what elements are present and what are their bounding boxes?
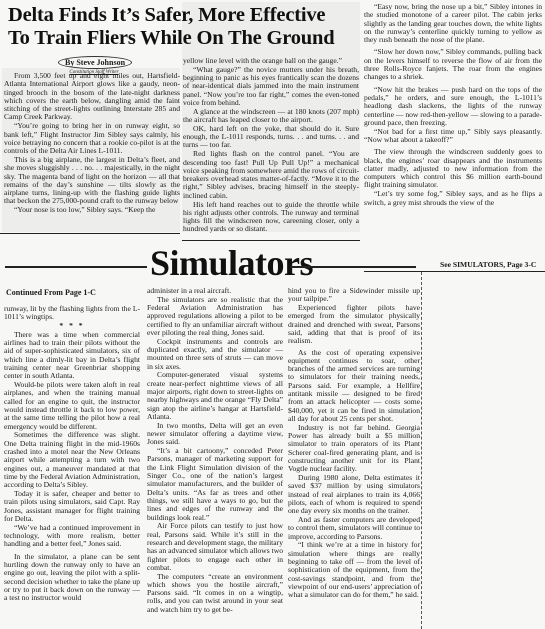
paragraph: “Easy now, bring the nose up a bit,” Sib… (364, 3, 542, 44)
paragraph: Sometimes the difference was slight. One… (4, 431, 140, 489)
paragraph: This is a big airplane, the largest in D… (4, 156, 180, 206)
top-story-column-2: yellow line level with the orange ball o… (183, 57, 359, 234)
divider-top-left (0, 233, 180, 234)
paragraph: Air Force pilots can testify to just how… (147, 522, 283, 572)
paragraph: The simulators are so realistic that the… (147, 296, 283, 337)
paragraph: “It’s a bit cartoony,” conceded Peter Pa… (147, 447, 283, 522)
paragraph: In two months, Delta will get an even ne… (147, 422, 283, 447)
continuation-column-3: hind you to fire a Sidewinder missile up… (288, 287, 420, 600)
paragraph: Industry is not far behind. Georgia Powe… (288, 424, 420, 474)
paragraph: And as faster computers are developed to… (288, 516, 420, 541)
paragraph: “Slow her down now,” Sibley commands, pu… (364, 48, 542, 81)
paragraph: As the cost of operating expensive equip… (288, 349, 420, 424)
paragraph: The view through the windscreen suddenly… (364, 148, 542, 189)
paragraph: His left hand reaches out to guide the t… (183, 201, 359, 234)
top-story-column-3: “Easy now, bring the nose up a bit,” Sib… (364, 3, 542, 207)
paragraph: Cockpit instruments and controls are dup… (147, 338, 283, 371)
continuation-column-2: administer in a real aircraft. The simul… (147, 287, 283, 615)
paragraph: OK, hard left on the yoke, that should d… (183, 125, 359, 150)
paragraph: In the simulator, a plane can be sent hu… (4, 553, 140, 603)
column-divider (421, 272, 422, 629)
heading-rule-left (5, 266, 147, 268)
paragraph: There was a time when commercial airline… (4, 331, 140, 381)
paragraph: “Not bad for a first time up,” Sibly say… (364, 128, 542, 145)
jump-line[interactable]: See SIMULATORS, Page 3-C (440, 260, 536, 269)
paragraph: During 1980 alone, Delta estimates it sa… (288, 474, 420, 515)
divider-top-mid (182, 240, 360, 241)
paragraph: “What gauge?” the novice mutters under h… (183, 66, 359, 107)
paragraph: “I think we’re at a time in history for … (288, 541, 420, 599)
paragraph: From 3,500 feet up and eight miles out, … (4, 72, 180, 122)
paragraph: The computers “create an environment whi… (147, 573, 283, 614)
continued-label: Continued From Page 1-C (6, 288, 96, 297)
headline: Delta Finds It’s Safer, More Effective T… (8, 4, 348, 50)
divider-top-right (364, 271, 545, 272)
paragraph: Computer-generated visual systems create… (147, 371, 283, 421)
paragraph: Today it is safer, cheaper and better to… (4, 490, 140, 523)
paragraph: “Your nose is too low,” Sibley says. “Ke… (4, 206, 180, 214)
paragraph: “You’re going to bring her in on runway … (4, 122, 180, 155)
paragraph: Would-be pilots were taken aloft in real… (4, 381, 140, 431)
paragraph: Red lights flash on the control panel. “… (183, 150, 359, 200)
paragraph: hind you to fire a Sidewinder missile up… (288, 287, 420, 304)
byline-author: By Steve Johnson (58, 56, 132, 69)
paragraph: “Let’s try some fog,” Sibley says, and a… (364, 190, 542, 207)
continuation-column-1: runway, lit by the flashing lights from … (4, 299, 140, 603)
paragraph: runway, lit by the flashing lights from … (4, 305, 140, 322)
paragraph: A glance at the windscreen — at 180 knot… (183, 108, 359, 125)
paragraph: “We’ve had a continued improvement in te… (4, 524, 140, 549)
paragraph: “Now hit the brakes — push hard on the t… (364, 86, 542, 127)
top-story-column-1: From 3,500 feet up and eight miles out, … (4, 72, 180, 215)
heading-rule-right (290, 266, 416, 268)
paragraph: Experienced fighter pilots have emerged … (288, 304, 420, 345)
section-title: Simulators (150, 243, 313, 283)
